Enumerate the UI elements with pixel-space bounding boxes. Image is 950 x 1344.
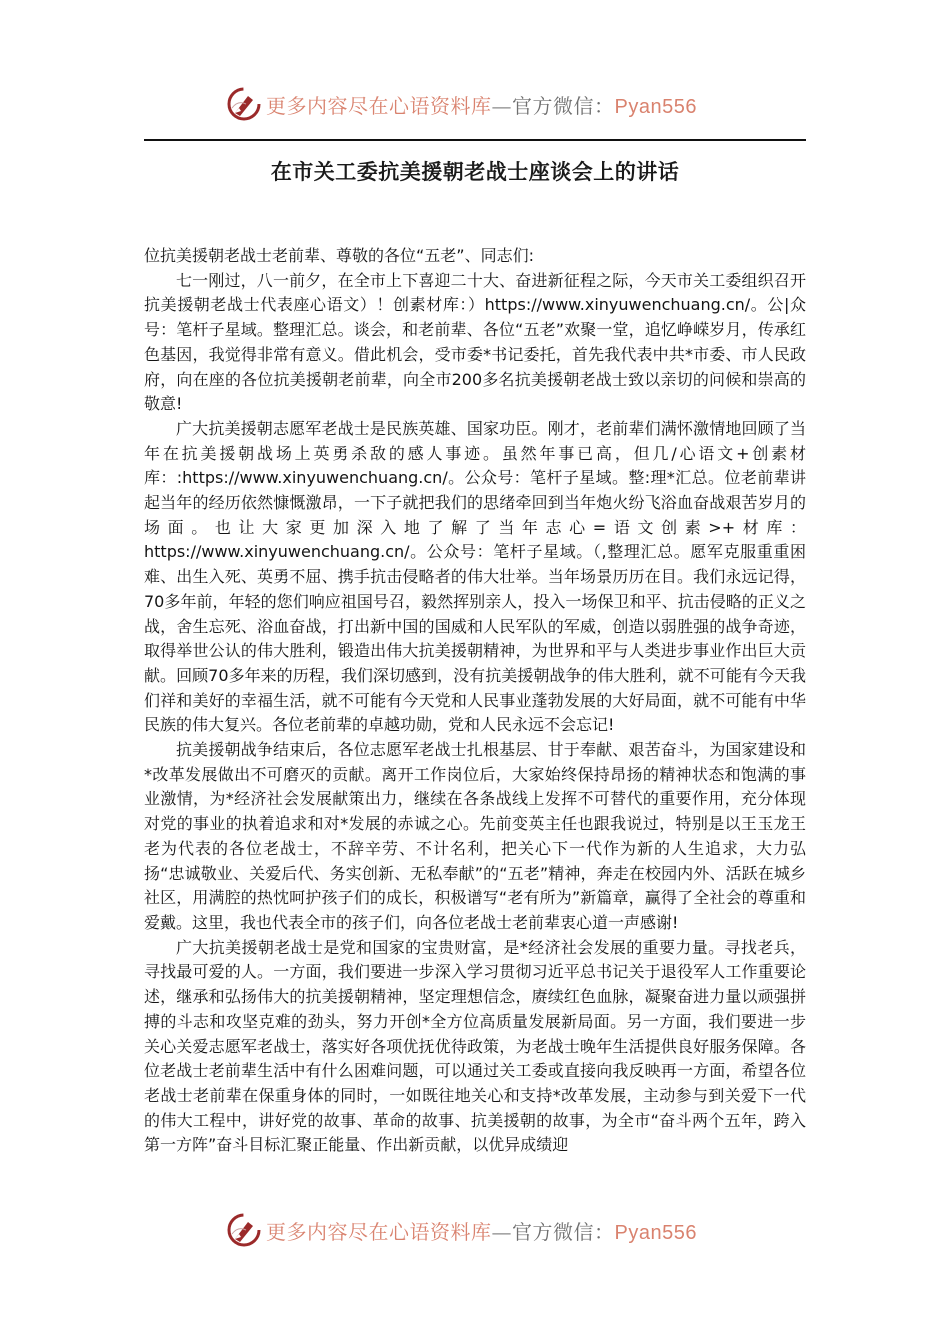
banner-dash: —	[492, 94, 513, 118]
banner-wechat-id: Pyan556	[615, 1222, 697, 1244]
paragraph-4: 广大抗美援朝老战士是党和国家的宝贵财富，是*经济社会发展的重要力量。寻找老兵，寻…	[144, 936, 806, 1158]
banner-dash: —	[492, 1220, 513, 1244]
banner-main-text: 更多内容尽在心语资料库	[266, 1220, 492, 1244]
banner-wechat-id: Pyan556	[615, 96, 697, 118]
footer-banner: 更多内容尽在心语资料库—官方微信：Pyan556	[226, 1210, 726, 1250]
salutation: 位抗美援朝老战士老前辈、尊敬的各位“五老”、同志们:	[144, 244, 806, 269]
banner-sub-text: 官方微信：	[512, 94, 615, 118]
paragraph-3: 抗美援朝战争结束后，各位志愿军老战士扎根基层、甘于奉献、艰苦奋斗，为国家建设和*…	[144, 738, 806, 936]
header-divider	[144, 139, 806, 141]
banner-main-text: 更多内容尽在心语资料库	[266, 94, 492, 118]
banner-text: 更多内容尽在心语资料库—官方微信：Pyan556	[266, 90, 697, 119]
pen-nib-logo-icon	[226, 86, 262, 122]
paragraph-1: 七一刚过，八一前夕，在全市上下喜迎二十大、奋进新征程之际，今天市关工委组织召开抗…	[144, 269, 806, 417]
document-body: 位抗美援朝老战士老前辈、尊敬的各位“五老”、同志们: 七一刚过，八一前夕，在全市…	[144, 244, 806, 1158]
banner-text: 更多内容尽在心语资料库—官方微信：Pyan556	[266, 1216, 697, 1245]
document-title: 在市关工委抗美援朝老战士座谈会上的讲话	[144, 156, 806, 186]
header-banner: 更多内容尽在心语资料库—官方微信：Pyan556	[226, 84, 726, 124]
banner-sub-text: 官方微信：	[512, 1220, 615, 1244]
paragraph-2: 广大抗美援朝志愿军老战士是民族英雄、国家功臣。刚才，老前辈们满怀激情地回顾了当年…	[144, 417, 806, 738]
pen-nib-logo-icon	[226, 1212, 262, 1248]
